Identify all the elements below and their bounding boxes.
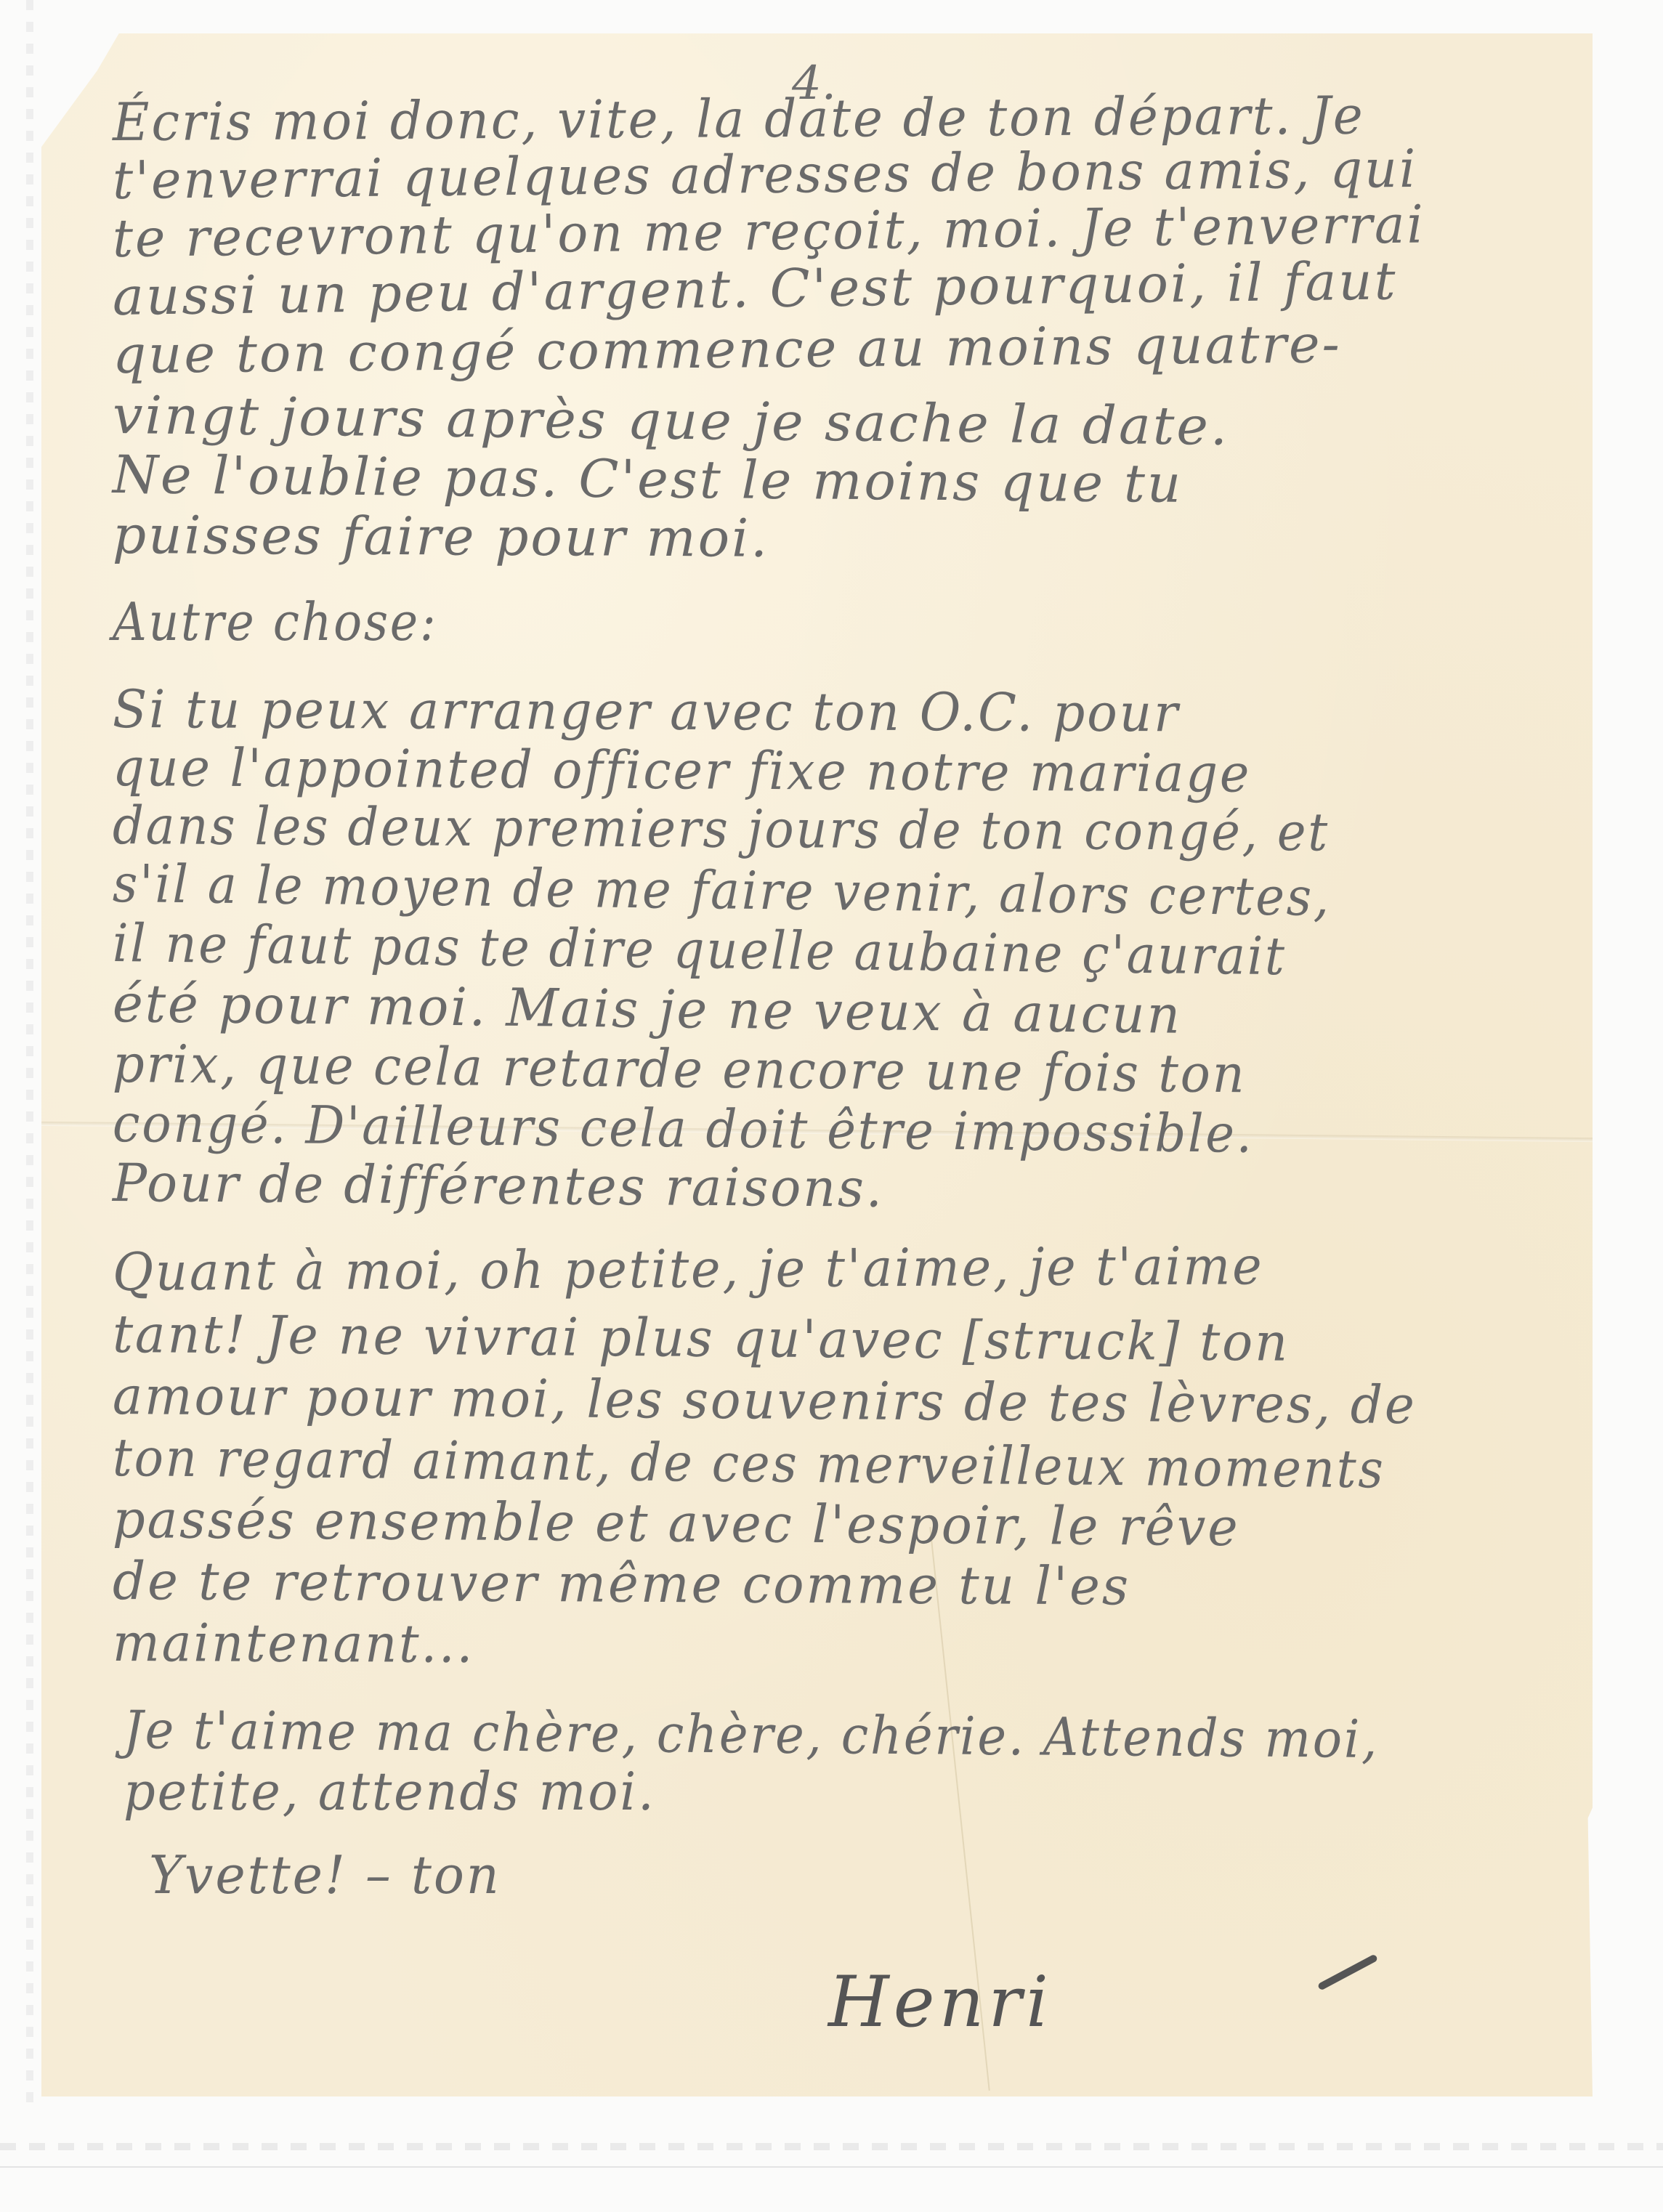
letter-line: petite, attends moi. — [124, 1765, 656, 1818]
letter-line: dans les deux premiers jours de ton cong… — [113, 799, 1330, 858]
letter-line: il ne faut pas te dire quelle aubaine ç'… — [113, 917, 1287, 982]
letter-line: Écris moi donc, vite, la date de ton dép… — [113, 89, 1365, 148]
letter-line: prix, que cela retarde encore une fois t… — [113, 1037, 1247, 1100]
letter-line: ton regard aimant, de ces merveilleux mo… — [113, 1431, 1385, 1495]
letter-line: Pour de différentes raisons. — [113, 1156, 884, 1215]
sleeve-edge — [0, 2166, 1663, 2168]
letter-line: puisses faire pour moi. — [113, 509, 769, 564]
letter-line: passés ensemble et avec l'espoir, le rêv… — [113, 1493, 1240, 1553]
letter-line: maintenant... — [113, 1616, 474, 1670]
letter-line: que ton congé commence au moins quatre- — [113, 317, 1342, 381]
letter-line: Ne l'oublie pas. C'est le moins que tu — [113, 448, 1183, 510]
letter-line: Yvette! – ton — [149, 1849, 501, 1901]
letter-line: de te retrouver même comme tu l'es — [113, 1555, 1130, 1612]
letter-line: été pour moi. Mais je ne veux à aucun — [113, 977, 1183, 1041]
letter-line: Quant à moi, oh petite, je t'aime, je t'… — [113, 1239, 1264, 1298]
letter-line: Autre chose: — [113, 596, 437, 648]
letter-line: aussi un peu d'argent. C'est pourquoi, i… — [113, 254, 1398, 323]
letter-line: tant! Je ne vivrai plus qu'avec [struck]… — [113, 1308, 1290, 1369]
letter-line: congé. D'ailleurs cela doit être impossi… — [113, 1097, 1254, 1160]
sleeve-perforation-left — [26, 0, 33, 2107]
letter-line: vingt jours après que je sache la date. — [113, 389, 1230, 453]
signature: Henri — [828, 1961, 1053, 2043]
sleeve-perforation-bottom — [0, 2143, 1663, 2150]
letter-line: s'il a le moyen de me faire venir, alors… — [113, 857, 1332, 923]
letter-line: que l'appointed officer fixe notre maria… — [113, 741, 1252, 800]
letter-line: Je t'aime ma chère, chère, chérie. Atten… — [124, 1703, 1380, 1765]
letter-line: amour pour moi, les souvenirs de tes lèv… — [113, 1369, 1417, 1431]
letter-line: Si tu peux arranger avec ton O.C. pour — [113, 683, 1180, 739]
